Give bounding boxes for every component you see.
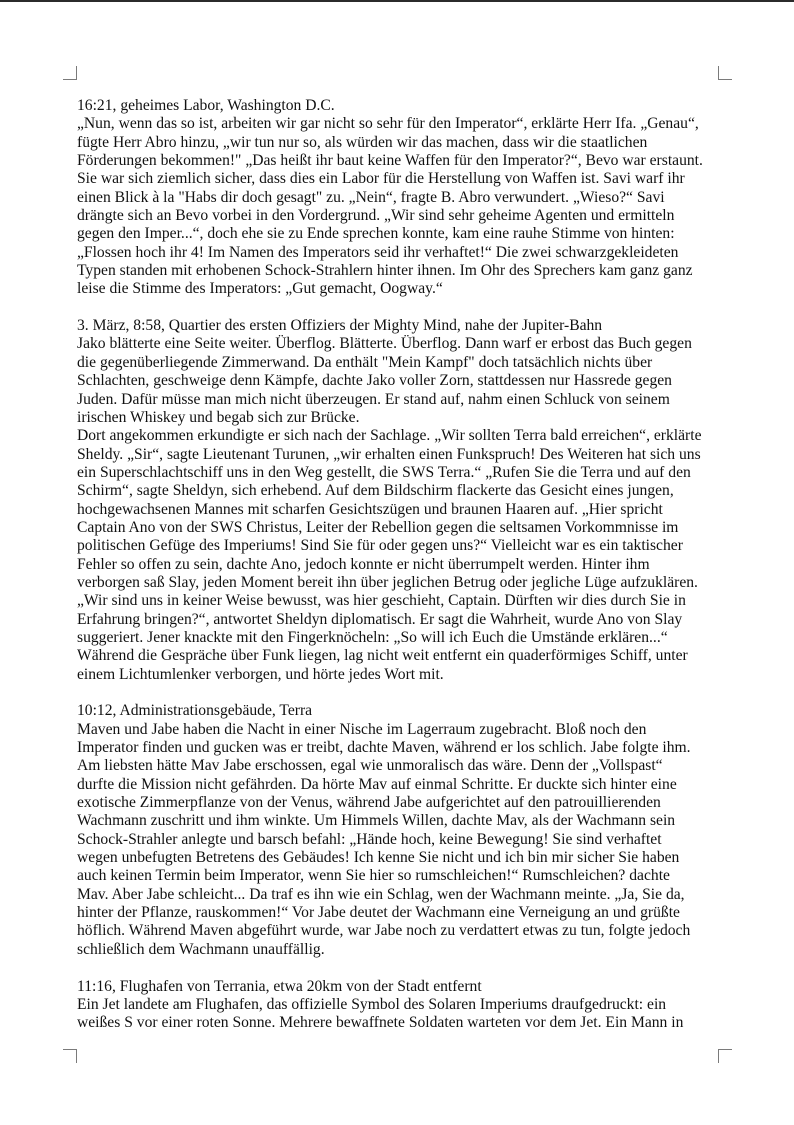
paragraph-line: die gegenüberliegende Zimmerwand. Da ent… [77,354,727,372]
paragraph-line: Juden. Dafür müsse man mich nicht überze… [77,391,727,409]
story-section: 11:16, Flughafen von Terrania, etwa 20km… [77,978,727,1033]
paragraph-line: irischen Whiskey und begab sich zur Brüc… [77,409,727,427]
paragraph-line: Dort angekommen erkundigte er sich nach … [77,427,727,445]
paragraph-line: Sheldy. „Sir“, sagte Lieutenant Turunen,… [77,446,727,464]
paragraph-line: auch keinen Termin beim Imperator, wenn … [77,867,727,885]
paragraph-line: „Flossen hoch ihr 4! Im Namen des Impera… [77,244,727,262]
paragraph-line: einem Lichtumlenker verborgen, und hörte… [77,666,727,684]
paragraph-line: Ein Jet landete am Flughafen, das offizi… [77,996,727,1014]
paragraph-line: Am liebsten hätte Mav Jabe erschossen, e… [77,757,727,775]
paragraph-line: Sie war sich ziemlich sicher, dass dies … [77,170,727,188]
document-body[interactable]: 16:21, geheimes Labor, Washington D.C. „… [77,97,727,1033]
paragraph-line: Mav. Aber Jabe schleicht... Da traf es i… [77,886,727,904]
paragraph-line: einen Blick à la "Habs dir doch gesagt" … [77,189,727,207]
paragraph-line: „Nun, wenn das so ist, arbeiten wir gar … [77,115,727,133]
paragraph-line: Captain Ano von der SWS Christus, Leiter… [77,519,727,537]
paragraph-line: Jako blätterte eine Seite weiter. Überfl… [77,335,727,353]
paragraph-line: Imperator finden und gucken was er treib… [77,739,727,757]
paragraph-line: schließlich dem Wachmann unauffällig. [77,941,727,959]
margin-corner-bottom-left [63,1049,77,1063]
document-page: 16:21, geheimes Labor, Washington D.C. „… [0,2,794,1125]
paragraph-line: höflich. Während Maven abgeführt wurde, … [77,922,727,940]
paragraph-line: Typen standen mit erhobenen Schock-Strah… [77,262,727,280]
paragraph-line: Erfahrung bringen?“, antwortet Sheldyn d… [77,611,727,629]
paragraph-line: Schock-Strahler anlegte und barsch befah… [77,831,727,849]
paragraph-line: fügte Herr Abro hinzu, „wir tun nur so, … [77,134,727,152]
section-heading: 16:21, geheimes Labor, Washington D.C. [77,97,727,115]
story-section: 10:12, Administrationsgebäude, Terra Mav… [77,702,727,959]
paragraph-line: exotische Zimmerpflanze von der Venus, w… [77,794,727,812]
paragraph-line: Schlachten, geschweige denn Kämpfe, dach… [77,372,727,390]
paragraph-line: Wachmann zuschritt und ihm winkte. Um Hi… [77,812,727,830]
paragraph-line: drängte sich an Bevo vorbei in den Vorde… [77,207,727,225]
paragraph-line: gegen den Imper...“, doch ehe sie zu End… [77,225,727,243]
section-heading: 11:16, Flughafen von Terrania, etwa 20km… [77,978,727,996]
paragraph-line: „Wir sind uns in keiner Weise bewusst, w… [77,592,727,610]
story-section: 16:21, geheimes Labor, Washington D.C. „… [77,97,727,299]
paragraph-line: hinter der Pflanze, rauskommen!“ Vor Jab… [77,904,727,922]
margin-corner-top-left [63,66,77,80]
paragraph-line: verborgen saß Slay, jeden Moment bereit … [77,574,727,592]
paragraph-line: politischen Gefüge des Imperiums! Sind S… [77,537,727,555]
section-heading: 3. März, 8:58, Quartier des ersten Offiz… [77,317,727,335]
paragraph-line: durfte die Mission nicht gefährden. Da h… [77,776,727,794]
paragraph-line: leise die Stimme des Imperators: „Gut ge… [77,280,727,298]
paragraph-line: Schirm“, sagte Sheldyn, sich erhebend. A… [77,482,727,500]
paragraph-line: Fehler so offen zu sein, dachte Ano, jed… [77,556,727,574]
margin-corner-bottom-right [718,1049,732,1063]
paragraph-line: suggeriert. Jener knackte mit den Finger… [77,629,727,647]
paragraph-line: Während die Gespräche über Funk liegen, … [77,647,727,665]
paragraph-line: Maven und Jabe haben die Nacht in einer … [77,721,727,739]
story-section: 3. März, 8:58, Quartier des ersten Offiz… [77,317,727,684]
margin-corner-top-right [718,66,732,80]
section-heading: 10:12, Administrationsgebäude, Terra [77,702,727,720]
paragraph-line: Förderungen bekommen!" „Das heißt ihr ba… [77,152,727,170]
paragraph-line: hochgewachsenen Mannes mit scharfen Gesi… [77,501,727,519]
paragraph-line: weißes S vor einer roten Sonne. Mehrere … [77,1014,727,1032]
paragraph-line: ein Superschlachtschiff uns in den Weg g… [77,464,727,482]
paragraph-line: wegen unbefugten Betretens des Gebäudes!… [77,849,727,867]
